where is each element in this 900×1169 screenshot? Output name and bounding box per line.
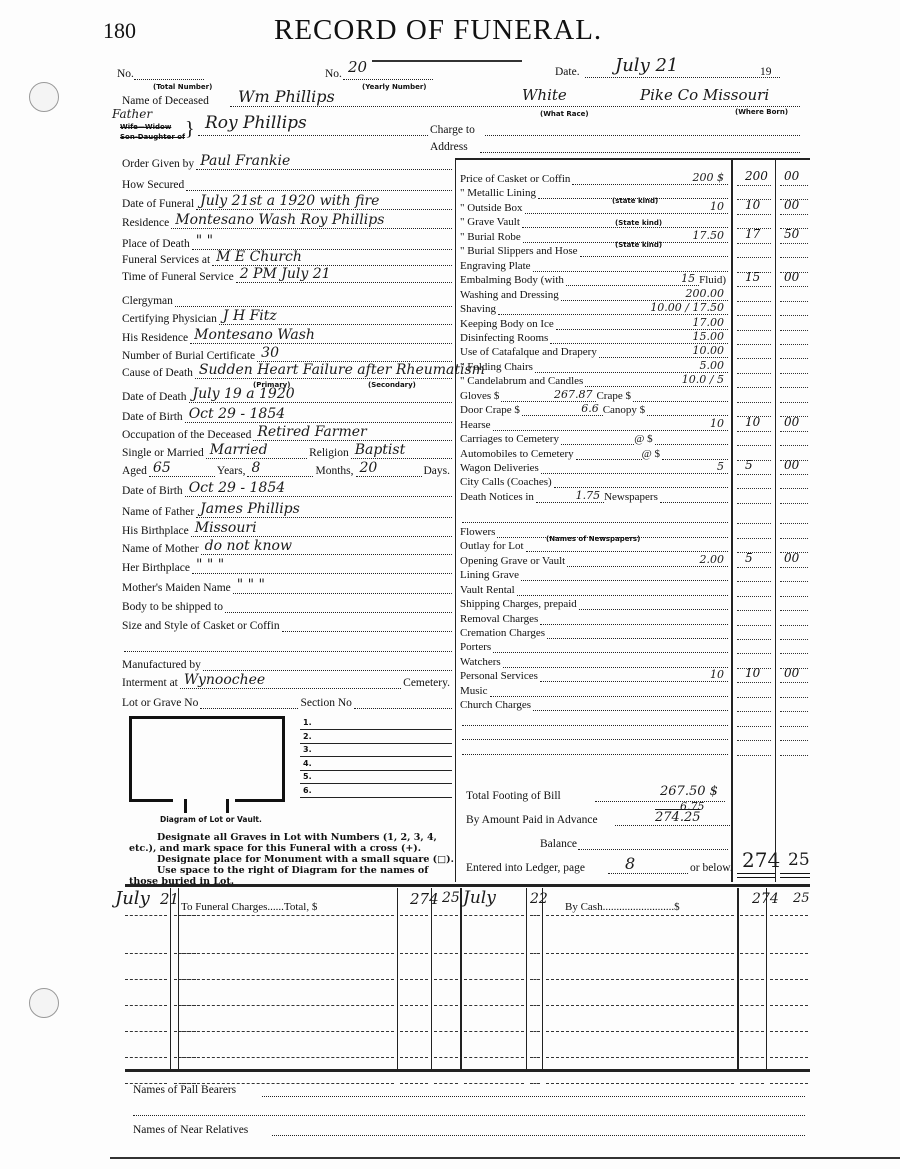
dollars-cell[interactable] [737, 638, 771, 640]
field-input[interactable]: Montesano Wash Roy Phillips [171, 218, 452, 229]
ledger-cell[interactable] [770, 1082, 808, 1084]
field-input[interactable] [175, 296, 452, 307]
dollars-cell[interactable] [737, 256, 771, 258]
pall-bearers-field[interactable] [262, 1096, 805, 1097]
total-number-field[interactable] [134, 79, 204, 80]
binder-hole [29, 988, 59, 1018]
ledger-cell[interactable] [770, 978, 808, 980]
charge-to-field[interactable] [485, 135, 800, 136]
field-label-secondary: Section No [298, 697, 353, 709]
ledger-credit-day: 22 [530, 891, 548, 907]
ledger-cell[interactable] [546, 1004, 734, 1006]
ledger-page-field[interactable] [608, 873, 688, 874]
charge-row: Door Crape $6.6Canopy $ [460, 401, 728, 416]
field-input[interactable]: Oct 29 - 1854 [185, 486, 452, 497]
cents-cell[interactable] [780, 256, 808, 258]
charge-input[interactable] [517, 585, 728, 596]
ledger-debit-month: July [115, 888, 150, 909]
ledger-cell[interactable] [125, 1004, 167, 1006]
charge-input[interactable]: 2.00 [567, 556, 728, 567]
charge-input-secondary[interactable] [660, 492, 728, 503]
charge-input[interactable] [554, 477, 728, 488]
charge-input[interactable] [462, 715, 728, 726]
field-input-secondary[interactable]: 8 [247, 466, 313, 477]
field-input[interactable]: M E Church [212, 255, 452, 266]
field-row: Manufactured by [122, 656, 452, 671]
ledger-cell[interactable] [464, 1082, 524, 1084]
ledger-cell[interactable] [400, 952, 428, 954]
total-footing-label: Total Footing of Bill [466, 790, 561, 802]
charge-row: Carriages to Cemetery@ $ [460, 430, 728, 445]
field-input[interactable]: Montesano Wash [190, 333, 452, 344]
charge-label: Music [460, 685, 490, 697]
charge-input[interactable]: 6.6 [522, 405, 603, 416]
charge-input[interactable]: 267.87 [501, 391, 596, 402]
field-input[interactable] [203, 660, 452, 671]
cents-cell[interactable] [780, 314, 808, 316]
field-input[interactable]: " " " [233, 583, 452, 594]
field-input[interactable]: Retired Farmer [253, 430, 452, 441]
ledger-cell[interactable] [464, 1030, 524, 1032]
charge-row: Disinfecting Rooms15.00 [460, 329, 728, 344]
ledger-cell[interactable] [182, 1030, 394, 1032]
field-input[interactable] [225, 602, 452, 613]
cents-cell[interactable] [780, 566, 808, 568]
cents-cell[interactable] [780, 329, 808, 331]
charge-label: Keeping Body on Ice [460, 318, 556, 330]
ledger-column-rule [431, 888, 432, 1069]
ledger-cell[interactable] [740, 914, 764, 916]
ledger-cell[interactable] [400, 1004, 428, 1006]
dollars-cell[interactable] [737, 681, 771, 683]
ledger-cell[interactable] [125, 1030, 167, 1032]
cents-cell[interactable] [780, 300, 808, 302]
grave-name-line[interactable] [300, 783, 452, 784]
dollars-cell[interactable] [737, 386, 771, 388]
birthplace-value: Pike Co Missouri [640, 86, 769, 104]
field-input[interactable]: Missouri [191, 526, 452, 537]
cents-cell[interactable] [780, 444, 808, 446]
ledger-cell[interactable] [740, 1030, 764, 1032]
balance-field[interactable] [578, 849, 728, 850]
cents-cell[interactable] [780, 580, 808, 582]
ledger-cell[interactable] [546, 1056, 734, 1058]
charge-cents: 00 [784, 666, 799, 680]
ledger-cell[interactable] [400, 978, 428, 980]
ledger-cell[interactable] [740, 1004, 764, 1006]
dollars-cell[interactable] [737, 430, 771, 432]
charge-row: Wagon Deliveries5 [460, 459, 728, 474]
ledger-cell[interactable] [434, 1082, 458, 1084]
charge-input[interactable]: 10.00 [599, 347, 728, 358]
cents-cell[interactable] [780, 473, 808, 475]
field-input[interactable]: 65 [149, 466, 215, 477]
lot-diagram-base-right [235, 799, 282, 802]
charge-note: 200.00 [686, 287, 725, 300]
pall-bearers-field-2[interactable] [133, 1115, 805, 1116]
lot-instructions: Designate all Graves in Lot with Numbers… [129, 832, 459, 887]
cents-cell[interactable] [780, 537, 808, 539]
charge-input-secondary[interactable] [662, 449, 728, 460]
charge-note: 1.75 [576, 489, 601, 502]
field-label: His Residence [122, 332, 190, 344]
ledger-cell[interactable] [434, 978, 458, 980]
cents-cell[interactable] [780, 285, 808, 287]
date-field[interactable] [585, 77, 780, 78]
charge-input-secondary[interactable] [633, 391, 728, 402]
field-input[interactable]: July 21st a 1920 with fire [196, 199, 452, 210]
birthplace-caption: (Where Born) [735, 108, 788, 116]
charge-cents: 00 [784, 415, 799, 429]
charge-input[interactable] [490, 686, 729, 697]
field-label: Size and Style of Casket or Coffin [122, 620, 282, 632]
title-rule [372, 60, 522, 62]
charge-label: " Burial Slippers and Hose [460, 245, 580, 257]
field-input[interactable]: Wynoochee [180, 678, 401, 689]
field-input[interactable]: Sudden Heart Failure after Rheumatism [195, 368, 452, 379]
charge-row: Removal Charges [460, 610, 728, 625]
dollars-cell[interactable] [737, 754, 771, 756]
dollars-cell[interactable] [737, 473, 771, 475]
relation-value: Roy Phillips [205, 113, 307, 133]
dollars-cell[interactable] [737, 372, 771, 374]
primary-caption: (Primary) [253, 381, 290, 389]
field-input[interactable]: J H Fitz [219, 314, 452, 325]
ledger-cell[interactable] [770, 1056, 808, 1058]
grave-name-line[interactable] [300, 743, 452, 744]
charge-dollars: 15 [745, 270, 760, 284]
near-relatives-label: Names of Near Relatives [133, 1124, 248, 1136]
dollars-cell[interactable] [737, 401, 771, 403]
dollars-cell[interactable] [737, 444, 771, 446]
charge-input[interactable] [462, 729, 728, 740]
grave-name-line[interactable] [300, 797, 452, 798]
address-field[interactable] [480, 152, 800, 153]
ledger-credit-description: By Cash..........................$ [565, 901, 680, 913]
field-value: Sudden Heart Failure after Rheumatism [199, 362, 485, 378]
dollars-cell[interactable] [737, 551, 771, 553]
ledger-cell[interactable] [182, 914, 394, 916]
charge-input[interactable] [493, 642, 728, 653]
field-row: Certifying PhysicianJ H Fitz [122, 310, 452, 325]
grave-number: 3. [303, 745, 312, 754]
field-value: M E Church [216, 249, 302, 265]
cents-cell[interactable] [780, 401, 808, 403]
ledger-cell[interactable] [125, 1056, 167, 1058]
ledger-cell[interactable] [530, 1030, 540, 1032]
ledger-cell[interactable] [182, 952, 394, 954]
field-label: Aged [122, 465, 149, 477]
lot-diagram[interactable] [129, 716, 285, 802]
field-label: Manufactured by [122, 659, 203, 671]
ledger-cell[interactable] [770, 952, 808, 954]
total-number-caption: (Total Number) [153, 83, 212, 91]
lot-diagram-base-left [129, 799, 173, 802]
ledger-cell[interactable] [434, 1030, 458, 1032]
charge-row: " Metallic Lining [460, 184, 728, 199]
charge-input[interactable] [576, 449, 642, 460]
charge-input-secondary[interactable] [647, 405, 728, 416]
cents-cell[interactable] [780, 725, 808, 727]
field-value: Wynoochee [184, 672, 265, 688]
field-row: ResidenceMontesano Wash Roy Phillips [122, 214, 452, 229]
ledger-cell[interactable] [125, 914, 167, 916]
charge-input[interactable]: 15.00 [550, 333, 728, 344]
charge-input[interactable] [561, 434, 634, 445]
ledger-cell[interactable] [740, 978, 764, 980]
charge-input[interactable]: 15 [566, 275, 699, 286]
dollars-cell[interactable] [737, 609, 771, 611]
yearly-number-field[interactable] [343, 79, 433, 80]
cents-cell[interactable] [780, 522, 808, 524]
charge-row: Keeping Body on Ice17.00 [460, 315, 728, 330]
charge-input[interactable] [503, 657, 728, 668]
ledger-cell[interactable] [400, 914, 428, 916]
dollars-cell[interactable] [737, 566, 771, 568]
charge-row: Gloves $267.87Crape $ [460, 387, 728, 402]
ledger-cell[interactable] [546, 952, 734, 954]
cents-cell[interactable] [780, 242, 808, 244]
state-kind-caption: (State kind) [615, 241, 662, 249]
ledger-cell[interactable] [740, 1056, 764, 1058]
lot-diagram-caption: Diagram of Lot or Vault. [160, 815, 262, 824]
charge-note: 10 [710, 668, 724, 681]
field-label: How Secured [122, 179, 186, 191]
ledger-column-rule [170, 888, 171, 1069]
dollars-cell[interactable] [737, 595, 771, 597]
cents-cell[interactable] [780, 754, 808, 756]
ledger-cell[interactable] [464, 952, 524, 954]
dollars-cell[interactable] [737, 522, 771, 524]
ledger-cell[interactable] [546, 1082, 734, 1084]
near-relatives-field[interactable] [272, 1135, 805, 1136]
cents-cell[interactable] [780, 652, 808, 654]
charge-input[interactable]: 200.00 [561, 290, 728, 301]
dollars-cell[interactable] [737, 314, 771, 316]
state-kind-caption: (state kind) [612, 197, 658, 205]
ledger-cell[interactable] [182, 1004, 394, 1006]
dollars-cell[interactable] [737, 300, 771, 302]
dollars-cell[interactable] [737, 329, 771, 331]
charge-input[interactable] [533, 700, 728, 711]
ledger-cell[interactable] [530, 1082, 540, 1084]
charge-label: " Metallic Lining [460, 187, 538, 199]
charge-row: " Outside Box10 [460, 199, 728, 214]
charge-input-secondary[interactable] [655, 434, 728, 445]
charge-row: Washing and Dressing200.00 [460, 286, 728, 301]
charge-label-secondary: Newspapers [604, 491, 660, 503]
charge-input[interactable] [533, 261, 728, 272]
cents-cell[interactable] [780, 386, 808, 388]
cents-cell[interactable] [780, 430, 808, 432]
field-input-secondary[interactable]: Baptist [351, 448, 452, 459]
cents-cell[interactable] [780, 343, 808, 345]
charge-input[interactable]: 10.0 / 5 [585, 376, 728, 387]
ledger-cell[interactable] [530, 914, 540, 916]
dollars-cell[interactable] [737, 710, 771, 712]
cents-cell[interactable] [780, 184, 808, 186]
field-label: Order Given by [122, 158, 196, 170]
ledger-cell[interactable] [740, 952, 764, 954]
cents-cell[interactable] [780, 739, 808, 741]
advance-field[interactable] [615, 825, 730, 826]
field-label: Funeral Services at [122, 254, 212, 266]
charge-label: Disinfecting Rooms [460, 332, 550, 344]
dollars-cell[interactable] [737, 343, 771, 345]
dollars-cell[interactable] [737, 487, 771, 489]
cents-cell[interactable] [780, 624, 808, 626]
dollars-cell[interactable] [737, 285, 771, 287]
total-number-label: No. [117, 68, 134, 80]
dollars-cell[interactable] [737, 537, 771, 539]
cents-cell[interactable] [780, 372, 808, 374]
charge-input[interactable] [579, 599, 728, 610]
total-footing-field[interactable] [595, 801, 725, 802]
ledger-cell[interactable] [530, 1056, 540, 1058]
dollars-cell[interactable] [737, 184, 771, 186]
field-input[interactable]: do not know [201, 544, 452, 555]
field-input[interactable]: Married [206, 448, 307, 459]
ledger-cell[interactable] [400, 1030, 428, 1032]
advance-label: By Amount Paid in Advance [466, 814, 598, 826]
cents-cell[interactable] [780, 710, 808, 712]
dollars-cell[interactable] [737, 459, 771, 461]
cents-cell[interactable] [780, 595, 808, 597]
dollars-cell[interactable] [737, 502, 771, 504]
dollars-cell[interactable] [737, 624, 771, 626]
charge-label: Removal Charges [460, 613, 540, 625]
ledger-cell[interactable] [434, 1056, 458, 1058]
dollars-cell[interactable] [737, 357, 771, 359]
ledger-cell[interactable] [530, 1004, 540, 1006]
charge-input[interactable] [462, 512, 728, 523]
field-input[interactable]: Oct 29 - 1854 [185, 412, 452, 423]
charge-input[interactable] [540, 614, 728, 625]
field-input[interactable]: " " " [192, 563, 452, 574]
ledger-cell[interactable] [464, 1056, 524, 1058]
ledger-cell[interactable] [546, 914, 734, 916]
charge-cents: 00 [784, 458, 799, 472]
charge-label: Shipping Charges, prepaid [460, 598, 579, 610]
charge-row: Embalming Body (with15Fluid) [460, 271, 728, 286]
field-label: Occupation of the Deceased [122, 429, 253, 441]
cents-cell[interactable] [780, 213, 808, 215]
field-value: Oct 29 - 1854 [189, 480, 285, 496]
ledger-cell[interactable] [400, 1056, 428, 1058]
dollars-cell[interactable] [737, 242, 771, 244]
ledger-cell[interactable] [400, 1082, 428, 1084]
ledger-cell[interactable] [464, 914, 524, 916]
charge-input[interactable]: 17.00 [556, 319, 728, 330]
cents-cell[interactable] [780, 609, 808, 611]
ledger-cell[interactable] [434, 952, 458, 954]
ledger-page-suffix: or below. [690, 862, 733, 874]
field-input[interactable]: James Phillips [196, 507, 452, 518]
field-value: Oct 29 - 1854 [189, 406, 285, 422]
dollars-cell[interactable] [737, 725, 771, 727]
cents-cell[interactable] [780, 502, 808, 504]
instruction-line: Designate place for Monument with a smal… [129, 854, 459, 865]
ledger-cell[interactable] [530, 978, 540, 980]
ledger-cell[interactable] [125, 952, 167, 954]
charge-input[interactable]: 1.75 [536, 492, 604, 503]
ledger-cell[interactable] [464, 978, 524, 980]
ledger-cell[interactable] [182, 1056, 394, 1058]
ledger-cell[interactable] [770, 1030, 808, 1032]
ledger-cell[interactable] [434, 914, 458, 916]
charge-input[interactable]: 200 $ [572, 174, 728, 185]
charge-input[interactable]: 10 [540, 671, 728, 682]
charge-row: " Burial Slippers and Hose [460, 242, 728, 257]
field-input-secondary[interactable]: 20 [356, 466, 422, 477]
charge-input[interactable] [521, 570, 728, 581]
charge-input[interactable]: 5 [541, 463, 728, 474]
ledger-cell[interactable] [530, 952, 540, 954]
deceased-name-field[interactable] [230, 106, 800, 107]
dollars-cell[interactable] [737, 652, 771, 654]
field-input[interactable]: 30 [257, 351, 452, 362]
ledger-cell[interactable] [546, 978, 734, 980]
ledger-cell[interactable] [546, 1030, 734, 1032]
charge-input[interactable] [547, 628, 728, 639]
field-input[interactable] [186, 180, 452, 191]
charge-label: Personal Services [460, 670, 540, 682]
cents-cell[interactable] [780, 638, 808, 640]
field-row: His ResidenceMontesano Wash [122, 329, 452, 344]
ledger-cell[interactable] [434, 1004, 458, 1006]
charge-row [460, 740, 728, 755]
field-input[interactable]: July 19 a 1920 [189, 392, 453, 403]
ledger-cell[interactable] [740, 1082, 764, 1084]
ledger-cell[interactable] [182, 978, 394, 980]
field-input-secondary[interactable] [354, 698, 452, 709]
field-row: Occupation of the DeceasedRetired Farmer [122, 426, 452, 441]
charge-cents: 00 [784, 270, 799, 284]
dollars-cell[interactable] [737, 696, 771, 698]
field-value: Married [210, 442, 268, 458]
field-input[interactable] [124, 641, 452, 652]
cents-cell[interactable] [780, 357, 808, 359]
cents-cell[interactable] [780, 487, 808, 489]
charge-input[interactable] [462, 744, 728, 755]
charge-input[interactable]: 10 [493, 420, 728, 431]
dollars-cell[interactable] [737, 580, 771, 582]
cents-cell[interactable] [780, 696, 808, 698]
relation-field[interactable] [198, 135, 428, 136]
field-input[interactable] [282, 621, 452, 632]
charge-input[interactable]: 10.00 / 17.50 [498, 304, 728, 315]
grave-name-line[interactable] [300, 729, 452, 730]
field-input[interactable]: 2 PM July 21 [236, 272, 452, 283]
ledger-cell[interactable] [770, 914, 808, 916]
cents-cell[interactable] [780, 681, 808, 683]
field-input[interactable] [200, 698, 298, 709]
charge-row [460, 711, 728, 726]
field-label-secondary: Days. [422, 465, 453, 477]
charge-input[interactable]: 5.00 [535, 362, 728, 373]
ledger-cell[interactable] [464, 1004, 524, 1006]
grave-name-line[interactable] [300, 770, 452, 771]
field-input[interactable]: Paul Frankie [196, 159, 452, 170]
dollars-cell[interactable] [737, 739, 771, 741]
ledger-column-rule [766, 888, 767, 1069]
ledger-cell[interactable] [770, 1004, 808, 1006]
dollars-cell[interactable] [737, 213, 771, 215]
charge-row: Use of Catafalque and Drapery10.00 [460, 343, 728, 358]
grave-name-line[interactable] [300, 756, 452, 757]
ledger-top-rule [125, 884, 810, 887]
ledger-cell[interactable] [125, 978, 167, 980]
